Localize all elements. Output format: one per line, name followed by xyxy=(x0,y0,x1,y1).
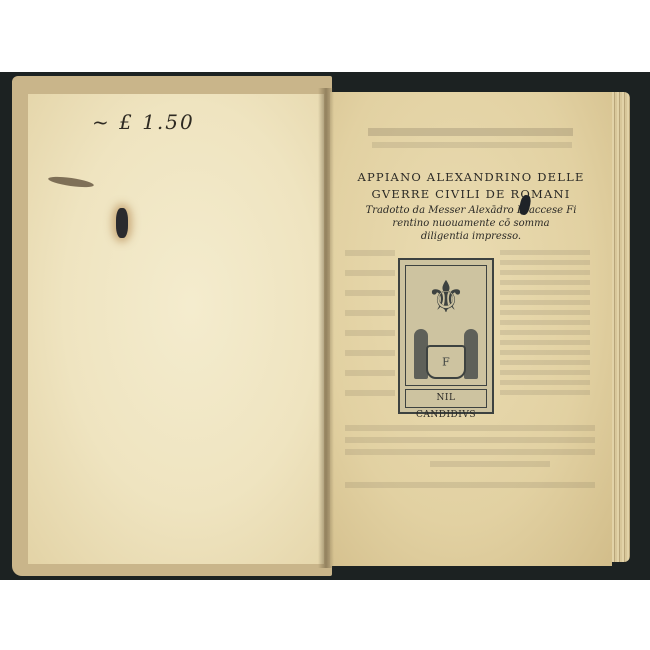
show-through-text xyxy=(345,350,395,356)
woodcut-frame: ⚜ F xyxy=(405,265,487,386)
show-through-text xyxy=(345,310,395,316)
show-through-text xyxy=(345,390,395,396)
handwritten-price-note: ~ £ 1.50 xyxy=(92,110,195,134)
left-flyleaf-page xyxy=(28,94,324,564)
fleur-de-lis-icon: ⚜ xyxy=(426,276,465,320)
show-through-text xyxy=(345,270,395,276)
printer-device-woodcut: ⚜ F NIL CANDIDIVS xyxy=(398,258,494,414)
show-through-text xyxy=(345,449,595,455)
book-title-line-2: GVERRE CIVILI DE ROMANI xyxy=(330,187,612,201)
subtitle-line-1: Tradotto da Messer Alexādro Braccese Fi xyxy=(330,205,612,216)
show-through-header xyxy=(368,128,573,136)
vase-letter: F xyxy=(442,356,450,369)
subtitle-line-3: diligentia impresso. xyxy=(330,231,612,242)
printer-motto: NIL CANDIDIVS xyxy=(405,389,487,408)
ink-stain-blot xyxy=(116,208,128,238)
show-through-text xyxy=(345,482,595,488)
show-through-text xyxy=(430,461,550,467)
show-through-text xyxy=(345,290,395,296)
show-through-text xyxy=(345,330,395,336)
open-book: ~ £ 1.50 APPIANO ALEXANDRINO DELLE GVERR… xyxy=(0,0,650,650)
subtitle-line-2: rentino nuouamente cō somma xyxy=(330,218,612,229)
show-through-text xyxy=(345,370,395,376)
right-putto-figure xyxy=(464,329,478,379)
show-through-text xyxy=(345,425,595,431)
show-through-text-block xyxy=(500,250,590,400)
show-through-text xyxy=(372,142,572,148)
page-block-edges xyxy=(612,92,630,562)
spine-gutter xyxy=(318,88,334,568)
show-through-text xyxy=(345,437,595,443)
vase: F xyxy=(426,345,466,379)
book-title-line-1: APPIANO ALEXANDRINO DELLE xyxy=(330,170,612,184)
show-through-text xyxy=(345,250,395,256)
